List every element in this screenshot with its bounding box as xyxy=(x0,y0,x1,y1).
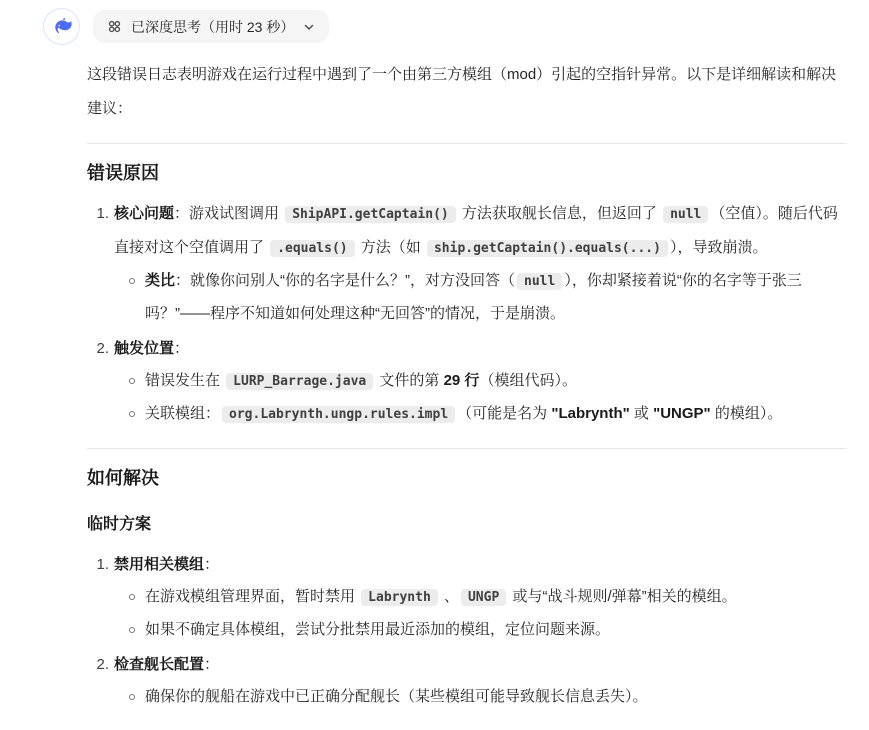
list-item-text: 核心问题：游戏试图调用 ShipAPI.getCaptain() 方法获取舰长信… xyxy=(114,197,847,265)
sub-list-item-text: 在游戏模组管理界面，暂时禁用 Labrynth 、UNGP 或与“战斗规则/弹幕… xyxy=(145,581,847,614)
inline-code: org.Labrynth.ungp.rules.impl xyxy=(222,406,455,423)
bold-text: 核心问题 xyxy=(114,205,174,222)
bold-text: 29 行 xyxy=(444,372,480,389)
text-run: 或与“战斗规则/弹幕”相关的模组。 xyxy=(508,588,736,605)
list-item: 1.禁用相关模组：在游戏模组管理界面，暂时禁用 Labrynth 、UNGP 或… xyxy=(95,548,847,646)
inline-code: UNGP xyxy=(461,589,506,606)
text-run: 如果不确定具体模组，尝试分批禁用最近添加的模组，定位问题来源。 xyxy=(145,621,610,638)
text-run: 确保你的舰船在游戏中已正确分配舰长（某些模组可能导致舰长信息丢失）。 xyxy=(145,688,648,705)
list-item-body: 核心问题：游戏试图调用 ShipAPI.getCaptain() 方法获取舰长信… xyxy=(114,197,847,330)
section-heading: 临时方案 xyxy=(87,514,847,536)
section-heading: 错误原因 xyxy=(87,161,847,185)
sub-list: 错误发生在 LURP_Barrage.java 文件的第 29 行（模组代码）。… xyxy=(114,365,847,431)
paragraph: 这段错误日志表明游戏在运行过程中遇到了一个由第三方模组（mod）引起的空指针异常… xyxy=(87,58,847,126)
inline-code: LURP_Barrage.java xyxy=(226,373,373,390)
text-run: ：游戏试图调用 xyxy=(174,205,283,222)
text-run: （可能是名为 xyxy=(457,405,551,422)
text-run: ： xyxy=(204,556,219,573)
sub-list-item-text: 关联模组：org.Labrynth.ungp.rules.impl（可能是名为 … xyxy=(145,398,847,431)
inline-code: ShipAPI.getCaptain() xyxy=(285,206,456,223)
bold-text: 类比 xyxy=(145,272,175,289)
sub-list-item: 类比：就像你问别人“你的名字是什么？”，对方没回答（null），你却紧接着说“你… xyxy=(114,265,847,330)
sub-list-item: 如果不确定具体模组，尝试分批禁用最近添加的模组，定位问题来源。 xyxy=(114,614,847,646)
bold-text: 禁用相关模组 xyxy=(114,556,204,573)
list-item-text: 禁用相关模组： xyxy=(114,548,847,581)
ordered-list: 1.核心问题：游戏试图调用 ShipAPI.getCaptain() 方法获取舰… xyxy=(87,197,847,431)
divider xyxy=(87,448,847,449)
list-item: 2.触发位置：错误发生在 LURP_Barrage.java 文件的第 29 行… xyxy=(95,332,847,431)
list-item: 2.检查舰长配置：确保你的舰船在游戏中已正确分配舰长（某些模组可能导致舰长信息丢… xyxy=(95,648,847,713)
deepthink-icon xyxy=(107,19,122,34)
list-item: 1.核心问题：游戏试图调用 ShipAPI.getCaptain() 方法获取舰… xyxy=(95,197,847,330)
text-run: 在游戏模组管理界面，暂时禁用 xyxy=(145,588,359,605)
deepseek-whale-icon xyxy=(50,15,73,38)
bullet-circle-icon xyxy=(129,627,135,633)
text-run: 这段错误日志表明游戏在运行过程中遇到了一个由第三方模组（mod）引起的空指针异常… xyxy=(87,66,836,117)
list-item-text: 触发位置： xyxy=(114,332,847,365)
text-run: 文件的第 xyxy=(375,372,443,389)
list-number: 1. xyxy=(95,197,109,330)
message-body: 这段错误日志表明游戏在运行过程中遇到了一个由第三方模组（mod）引起的空指针异常… xyxy=(87,58,847,713)
inline-code: Labrynth xyxy=(361,589,438,606)
sub-list-item-text: 如果不确定具体模组，尝试分批禁用最近添加的模组，定位问题来源。 xyxy=(145,614,847,646)
text-run: ： xyxy=(174,340,189,357)
list-number: 2. xyxy=(95,648,109,713)
list-item-body: 检查舰长配置：确保你的舰船在游戏中已正确分配舰长（某些模组可能导致舰长信息丢失）… xyxy=(114,648,847,713)
sub-list-item-text: 确保你的舰船在游戏中已正确分配舰长（某些模组可能导致舰长信息丢失）。 xyxy=(145,681,847,713)
bullet-circle-icon xyxy=(129,594,135,600)
bold-text: "UNGP" xyxy=(653,405,711,422)
text-run: 或 xyxy=(630,405,653,422)
inline-code: null xyxy=(663,206,708,223)
sub-list-item-text: 错误发生在 LURP_Barrage.java 文件的第 29 行（模组代码）。 xyxy=(145,365,847,398)
text-run: （模组代码）。 xyxy=(479,372,577,389)
list-item-body: 触发位置：错误发生在 LURP_Barrage.java 文件的第 29 行（模… xyxy=(114,332,847,431)
list-number: 2. xyxy=(95,332,109,431)
sub-list: 在游戏模组管理界面，暂时禁用 Labrynth 、UNGP 或与“战斗规则/弹幕… xyxy=(114,581,847,646)
bold-text: 检查舰长配置 xyxy=(114,656,204,673)
bold-text: 触发位置 xyxy=(114,340,174,357)
text-run: 方法（如 xyxy=(357,239,425,256)
section-heading: 如何解决 xyxy=(87,466,847,490)
list-number: 1. xyxy=(95,548,109,646)
text-run: ： xyxy=(204,656,219,673)
sub-list-item: 错误发生在 LURP_Barrage.java 文件的第 29 行（模组代码）。 xyxy=(114,365,847,398)
text-run: ：就像你问别人“你的名字是什么？”，对方没回答（ xyxy=(175,272,515,289)
list-item-body: 禁用相关模组：在游戏模组管理界面，暂时禁用 Labrynth 、UNGP 或与“… xyxy=(114,548,847,646)
bullet-circle-icon xyxy=(129,378,135,384)
assistant-avatar xyxy=(43,8,80,45)
message-content: 已深度思考（用时 23 秒） 这段错误日志表明游戏在运行过程中遇到了一个由第三方… xyxy=(87,8,847,715)
chevron-down-icon xyxy=(303,21,315,33)
bold-text: "Labrynth" xyxy=(551,405,629,422)
bullet-circle-icon xyxy=(129,694,135,700)
sub-list-item-text: 类比：就像你问别人“你的名字是什么？”，对方没回答（null），你却紧接着说“你… xyxy=(145,265,847,330)
inline-code: null xyxy=(517,273,562,290)
text-run: 、 xyxy=(440,588,459,605)
divider xyxy=(87,143,847,144)
inline-code: ship.getCaptain().equals(...) xyxy=(427,240,668,257)
text-run: 的模组）。 xyxy=(711,405,783,422)
deep-thought-label: 已深度思考（用时 23 秒） xyxy=(131,17,294,37)
text-run: ），导致崩溃。 xyxy=(670,239,768,256)
sub-list: 确保你的舰船在游戏中已正确分配舰长（某些模组可能导致舰长信息丢失）。 xyxy=(114,681,847,713)
text-run: 错误发生在 xyxy=(145,372,224,389)
sub-list-item: 在游戏模组管理界面，暂时禁用 Labrynth 、UNGP 或与“战斗规则/弹幕… xyxy=(114,581,847,614)
assistant-message: 已深度思考（用时 23 秒） 这段错误日志表明游戏在运行过程中遇到了一个由第三方… xyxy=(0,0,869,715)
list-item-text: 检查舰长配置： xyxy=(114,648,847,681)
text-run: 关联模组： xyxy=(145,405,220,422)
sub-list: 类比：就像你问别人“你的名字是什么？”，对方没回答（null），你却紧接着说“你… xyxy=(114,265,847,330)
sub-list-item: 确保你的舰船在游戏中已正确分配舰长（某些模组可能导致舰长信息丢失）。 xyxy=(114,681,847,713)
sub-list-item: 关联模组：org.Labrynth.ungp.rules.impl（可能是名为 … xyxy=(114,398,847,431)
ordered-list: 1.禁用相关模组：在游戏模组管理界面，暂时禁用 Labrynth 、UNGP 或… xyxy=(87,548,847,713)
inline-code: .equals() xyxy=(270,240,354,257)
text-run: 方法获取舰长信息，但返回了 xyxy=(458,205,661,222)
bullet-circle-icon xyxy=(129,411,135,417)
bullet-circle-icon xyxy=(129,278,135,284)
deep-thought-toggle[interactable]: 已深度思考（用时 23 秒） xyxy=(93,10,329,43)
